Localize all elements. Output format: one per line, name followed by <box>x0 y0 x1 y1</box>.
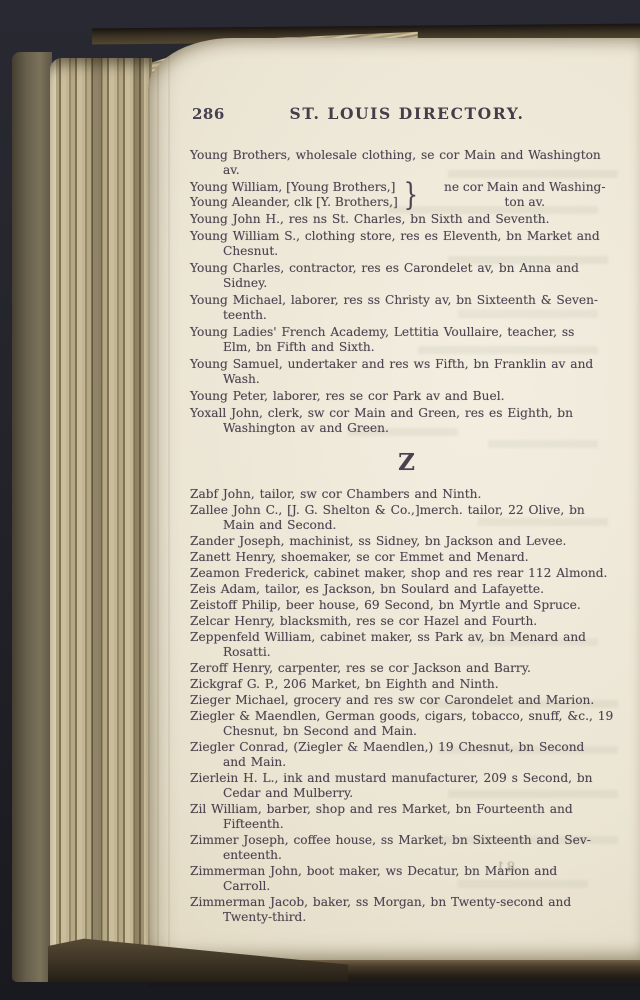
brace-entry-address: ne cor Main and Washing- ton av. <box>425 180 624 210</box>
brace-entry-names: Young William, [Young Brothers,] Young A… <box>190 180 398 210</box>
directory-entry: Young Samuel, undertaker and res ws Fift… <box>190 357 624 387</box>
brace-entry-name-line2: Young Aleander, clk [Y. Brothers,] <box>190 195 398 210</box>
directory-entry: Zil William, barber, shop and res Market… <box>190 802 624 832</box>
ghost-signature-mark: 81 <box>494 860 515 876</box>
directory-entry: Zelcar Henry, blacksmith, res se cor Haz… <box>190 614 624 629</box>
directory-entry: Yoxall John, clerk, sw cor Main and Gree… <box>190 406 624 436</box>
page-header: 286 ST. LOUIS DIRECTORY. <box>190 104 624 124</box>
book-cover-spine-edge <box>12 52 52 982</box>
z-section: Zabf John, tailor, sw cor Chambers and N… <box>190 487 624 925</box>
directory-entry: Young Peter, laborer, res se cor Park av… <box>190 389 624 404</box>
book-page: 286 ST. LOUIS DIRECTORY. Young Brothers,… <box>148 38 640 960</box>
page-stack-fore-edges <box>50 58 152 978</box>
directory-entry: Zeis Adam, tailor, es Jackson, bn Soular… <box>190 582 624 597</box>
directory-entry: Zeamon Frederick, cabinet maker, shop an… <box>190 566 624 581</box>
directory-entry: Ziegler & Maendlen, German goods, cigars… <box>190 709 624 739</box>
y-section: Young Brothers, wholesale clothing, se c… <box>190 148 624 436</box>
page-number: 286 <box>192 105 225 123</box>
brace-entry: Young William, [Young Brothers,] Young A… <box>190 180 624 210</box>
brace-icon: } <box>403 180 417 210</box>
directory-entry: Zander Joseph, machinist, ss Sidney, bn … <box>190 534 624 549</box>
directory-entry: Zeistoff Philip, beer house, 69 Second, … <box>190 598 624 613</box>
y-entries-list: Young John H., res ns St. Charles, bn Si… <box>190 212 624 436</box>
directory-entry: Zimmerman John, boot maker, ws Decatur, … <box>190 864 624 894</box>
directory-entry: Zabf John, tailor, sw cor Chambers and N… <box>190 487 624 502</box>
directory-entry: Young Ladies' French Academy, Lettitia V… <box>190 325 624 355</box>
directory-entry: Young Brothers, wholesale clothing, se c… <box>190 148 624 178</box>
page-content: 286 ST. LOUIS DIRECTORY. Young Brothers,… <box>190 104 624 926</box>
directory-entry: Zeroff Henry, carpenter, res se cor Jack… <box>190 661 624 676</box>
brace-address-line1: ne cor Main and Washing- <box>425 180 624 195</box>
page-title: ST. LOUIS DIRECTORY. <box>190 104 624 123</box>
directory-entry: Zanett Henry, shoemaker, se cor Emmet an… <box>190 550 624 565</box>
book-photo: 286 ST. LOUIS DIRECTORY. Young Brothers,… <box>0 0 640 1000</box>
directory-entry: Young Charles, contractor, res es Carond… <box>190 261 624 291</box>
directory-entry: Zeppenfeld William, cabinet maker, ss Pa… <box>190 630 624 660</box>
directory-entry: Zierlein H. L., ink and mustard manufact… <box>190 771 624 801</box>
directory-entry: Zickgraf G. P., 206 Market, bn Eighth an… <box>190 677 624 692</box>
directory-entry: Zimmerman Jacob, baker, ss Morgan, bn Tw… <box>190 895 624 925</box>
directory-entry: Ziegler Conrad, (Ziegler & Maendlen,) 19… <box>190 740 624 770</box>
directory-entry: Zallee John C., [J. G. Shelton & Co.,]me… <box>190 503 624 533</box>
directory-entry: Zimmer Joseph, coffee house, ss Market, … <box>190 833 624 863</box>
directory-entry: Young John H., res ns St. Charles, bn Si… <box>190 212 624 227</box>
brace-entry-name-line1: Young William, [Young Brothers,] <box>190 180 398 195</box>
directory-entry: Zieger Michael, grocery and res sw cor C… <box>190 693 624 708</box>
brace-address-line2: ton av. <box>425 195 624 210</box>
directory-entry: Young Michael, laborer, res ss Christy a… <box>190 293 624 323</box>
section-heading-z: Z <box>190 449 624 476</box>
directory-entry: Young William S., clothing store, res es… <box>190 229 624 259</box>
